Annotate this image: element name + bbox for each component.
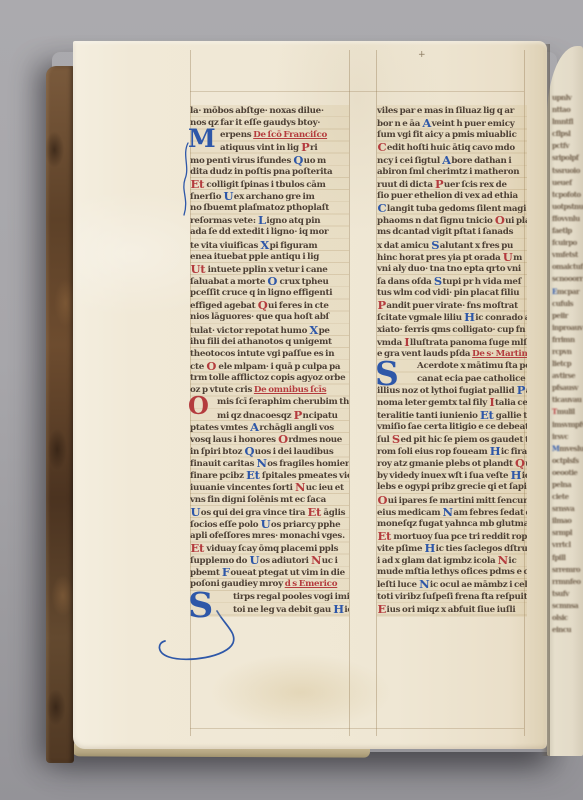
colored-capital: U bbox=[190, 506, 201, 518]
text-run: roy atz gmanie plebs ot plandt bbox=[377, 459, 515, 469]
text-line: ſcitate vgmale liliu Hic conrado an bbox=[377, 311, 527, 323]
text-run: mi qz dnacoesqz bbox=[217, 411, 293, 421]
colored-capital: P bbox=[434, 178, 443, 190]
text-run: am febres ſedat de bbox=[453, 508, 527, 518]
edge-text-row: scmnsa bbox=[552, 600, 582, 612]
text-run: uo m bbox=[304, 156, 326, 166]
text-run: teralitie tanti iunienio bbox=[377, 411, 479, 421]
text-run: ſupplemo do bbox=[190, 556, 249, 566]
colored-capital: N bbox=[294, 481, 305, 493]
text-line: ptates vmtes Archāgli angli vos bbox=[190, 421, 349, 433]
text-line: mi qz dnacoesqz Pncipatu bbox=[190, 409, 349, 421]
ruling-line-horizontal bbox=[190, 91, 524, 92]
text-run: veint h puer emicy bbox=[432, 119, 515, 129]
edge-text-row: octplsfs bbox=[552, 455, 582, 467]
text-run: ſul bbox=[377, 435, 391, 445]
text-run: uer ſcis rex de bbox=[444, 180, 507, 190]
text-run: mude mſtia lethys ofices pdms e ce bbox=[377, 567, 527, 577]
text-line: tulat· victor repotat humo Xpe bbox=[190, 324, 349, 336]
text-line: noma leter gemtx tal fily Italia cel bbox=[377, 396, 527, 408]
text-run: hinc horat pres yia pt orada bbox=[377, 253, 502, 263]
text-line: mo penti virus ifundes Quo m bbox=[190, 154, 349, 166]
edge-text-row: sripolpf bbox=[552, 152, 582, 164]
illuminated-initial-S: S bbox=[188, 588, 213, 623]
text-run: ui feres in cte bbox=[268, 301, 329, 311]
text-run: colligit ſpinas i tbulos cām bbox=[205, 180, 326, 190]
text-run: vni aly duo· tna tno epta qrto vni bbox=[377, 264, 521, 274]
edge-text-row: srmpl bbox=[552, 527, 582, 539]
text-line: moneſqz fugat yahnca mb glutmat bbox=[377, 518, 527, 530]
text-line: Et viduay ſcay ōmq placemi ppls bbox=[190, 542, 349, 554]
colored-capital: Q bbox=[257, 299, 268, 311]
text-line: ſul Sed pit hic ſe piem os gaudet tu bbox=[377, 433, 527, 445]
colored-capital: S bbox=[431, 239, 440, 251]
text-run: apli ofeſſores mres· monachi vges. bbox=[190, 531, 345, 541]
rubric: De s· Martino bbox=[472, 349, 527, 359]
text-run: vosq laus i honores bbox=[190, 435, 278, 445]
text-run: uos i dei laudibus bbox=[255, 447, 334, 457]
text-run: viles par e mas in ſiluaz lig q ar bbox=[377, 106, 514, 116]
text-run: theotocos intute vgi paſſue es in bbox=[190, 349, 334, 359]
edge-text-row: scnooorr bbox=[552, 273, 582, 285]
text-line: ſio puer ethelion di vex ad ethia bbox=[377, 190, 527, 202]
text-run: ms dcantad vigit pſtat i ſanads bbox=[377, 227, 513, 237]
text-run: ed pit hic ſe piem os gaudet tu bbox=[400, 435, 527, 445]
text-line: Ut intuete pplin x vetur i cane bbox=[190, 263, 349, 275]
edge-text-row: fcuirpo bbox=[552, 237, 582, 249]
text-line: by videdy inuex wſt i ſua veſte Hic ce bbox=[377, 469, 527, 481]
text-line: ſa dans oſda Stupi pr h vida meſ bbox=[377, 275, 527, 287]
colored-capital: Ut bbox=[190, 263, 206, 275]
text-run: toi ne leg va debit gau bbox=[233, 605, 333, 615]
colored-capital: A bbox=[442, 154, 452, 166]
text-run: ptates vmtes bbox=[190, 423, 250, 433]
text-run: bor n e āa bbox=[377, 119, 422, 129]
text-run: ic conrado an bbox=[475, 313, 527, 323]
colored-capital: O bbox=[377, 494, 388, 506]
margin-cross-mark: + bbox=[418, 50, 426, 60]
text-line: la· mōbos abſtge· noxas dilue· bbox=[190, 105, 349, 117]
text-run: effiged agebat bbox=[190, 301, 257, 311]
text-run: finare pcibz bbox=[190, 471, 246, 481]
colored-capital: Et bbox=[190, 542, 205, 554]
text-run: crux tpheu bbox=[278, 277, 329, 287]
text-line: hinc horat pres yia pt orada Um bbox=[377, 251, 527, 263]
text-run: mortuoy ſua pce tri reddit ropa bbox=[392, 532, 527, 542]
edge-text-row: frrimn bbox=[552, 334, 582, 346]
colored-capital: Et bbox=[377, 530, 392, 542]
edge-text-row: inproauv bbox=[552, 322, 582, 334]
colored-capital: U bbox=[223, 190, 234, 202]
edge-text-row: tssruoio bbox=[552, 165, 582, 177]
illuminated-initial-M: M bbox=[188, 126, 216, 151]
text-run: ruut di dicta bbox=[377, 180, 434, 190]
text-line: vmda Illuſtrata panoma ſuge mlſt bbox=[377, 336, 527, 348]
text-run: rchāgli angli vos bbox=[259, 423, 334, 433]
text-run: ſio puer ethelion di vex ad ethia bbox=[377, 191, 518, 201]
colored-capital: Q bbox=[244, 445, 255, 457]
text-run: in ſpiri btoz bbox=[190, 447, 244, 457]
ruling-line-vertical bbox=[349, 50, 350, 736]
edge-text-row: peiir bbox=[552, 310, 582, 322]
colored-capital: P bbox=[301, 141, 310, 153]
colored-capital: P bbox=[377, 299, 386, 311]
text-run: rom ſoli eius rop foueam bbox=[377, 447, 489, 457]
text-run: ui bbox=[525, 459, 527, 469]
colored-capital: O bbox=[267, 275, 278, 287]
text-line: toi ne leg va debit gau Hic bbox=[190, 603, 349, 615]
text-column-left: la· mōbos abſtge· noxas dilue·nos qz far… bbox=[190, 105, 349, 617]
text-run: reſormas vete: bbox=[190, 216, 258, 226]
text-run: os fragiles homier bbox=[267, 459, 349, 469]
edge-text-row: ciete bbox=[552, 491, 582, 503]
edge-text-row: cflpsl bbox=[552, 128, 582, 140]
text-line: tus wlm cod vidi· pin placat filiu bbox=[377, 287, 527, 299]
text-line: ncy i cei ſigtul Abore dathan i bbox=[377, 154, 527, 166]
text-line: toti viribz ſuſpeſi frena fta reſpuit bbox=[377, 591, 527, 603]
colored-capital: Et bbox=[246, 469, 261, 481]
colored-capital: H bbox=[464, 311, 476, 323]
text-run: phaoms n dat ſignu tnicio bbox=[377, 216, 494, 226]
text-run: mo penti virus ifundes bbox=[190, 156, 293, 166]
text-line: ſaluabat a morte O crux tpheu bbox=[190, 275, 349, 287]
next-page-fore-edge: upnlvnttaolmntflcflpslpctfvsripolpftssru… bbox=[547, 46, 583, 756]
colored-capital: X bbox=[260, 239, 270, 251]
photo-background: upnlvnttaolmntflcflpslpctfvsripolpftssru… bbox=[0, 0, 583, 800]
colored-capital: N bbox=[310, 554, 321, 566]
edge-text-row: tsufv bbox=[552, 588, 582, 600]
text-line: ruut di dicta Puer ſcis rex de bbox=[377, 178, 527, 190]
text-run: tupi pr h vida meſ bbox=[442, 277, 521, 287]
text-line: pceſſit cruce q in ligno effigenti bbox=[190, 287, 349, 299]
text-run: by videdy inuex wſt i ſua veſte bbox=[377, 471, 510, 481]
colored-capital: I bbox=[404, 336, 410, 348]
edge-text-row: pfsausv bbox=[552, 382, 582, 394]
text-run: moneſqz fugat yahnca mb glutmat bbox=[377, 519, 527, 529]
text-run: la· mōbos abſtge· noxas dilue· bbox=[190, 106, 324, 116]
edge-text-row: vmfetst bbox=[552, 249, 582, 261]
edge-text-row: pelna bbox=[552, 479, 582, 491]
text-run: ſa dans oſda bbox=[377, 277, 433, 287]
text-run: ui pla bbox=[505, 216, 527, 226]
text-run: lebs e ogypi pribz grecie qi et ſapienbz bbox=[377, 482, 527, 492]
edge-text-row: Emcpar bbox=[552, 286, 582, 298]
colored-capital: C bbox=[377, 141, 387, 153]
text-run: vmda bbox=[377, 338, 404, 348]
text-line: Eius ori miqz x abfuit ſiue iuſli bbox=[377, 603, 527, 615]
text-line: viles par e mas in ſiluaz lig q ar bbox=[377, 105, 527, 117]
text-line: ſum vgi fit aicy a pmis miuablic bbox=[377, 129, 527, 141]
text-run: nios lāguores· que qua hoſt abſ bbox=[190, 312, 329, 322]
text-run: ada ſe dd extedit i ligno· iq mor bbox=[190, 227, 328, 237]
text-run: tulat· victor repotat humo bbox=[190, 326, 309, 336]
text-run: alutant x fres pu bbox=[440, 241, 513, 251]
text-run: atiquus vint in lig bbox=[220, 143, 301, 153]
text-run: ſcitate vgmale liliu bbox=[377, 313, 464, 323]
text-line: vite pſime Hic ties ſaclegos dſtrux bbox=[377, 542, 527, 554]
text-line: abiron ſml cherimtz i matheron bbox=[377, 166, 527, 178]
text-line: vmiſio ſae certa litigio e ce debeat pre bbox=[377, 421, 527, 433]
colored-capital: H bbox=[489, 445, 501, 457]
text-run: os priarcy pphe bbox=[271, 520, 340, 530]
text-line: ms dcantad vigit pſtat i ſanads bbox=[377, 226, 527, 238]
text-run: erpens bbox=[220, 130, 253, 140]
text-line: enea ituebat pple antiqu i lig bbox=[190, 251, 349, 263]
colored-capital: N bbox=[256, 457, 267, 469]
text-run: andit puer virate· fns moſtrat bbox=[386, 301, 517, 311]
text-line: Et mortuoy ſua pce tri reddit ropa bbox=[377, 530, 527, 542]
colored-capital: N bbox=[497, 554, 508, 566]
text-run: ic bbox=[344, 605, 349, 615]
text-line: rom ſoli eius rop foueam Hic firam bbox=[377, 445, 527, 457]
text-run: noma leter gemtx tal fily bbox=[377, 398, 489, 408]
text-line: pbemt Foueat ptegat ut vim in die bbox=[190, 566, 349, 578]
text-run: ſnerſio bbox=[190, 192, 223, 202]
text-run: ſocios eſſe polo bbox=[190, 520, 260, 530]
text-line: eius medicam Nam febres ſedat de bbox=[377, 506, 527, 518]
text-run: te vita viuificas bbox=[190, 241, 260, 251]
edge-text-row: lietcp bbox=[552, 358, 582, 370]
text-run: vmiſio ſae certa litigio e ce debeat pre bbox=[377, 422, 527, 432]
text-run: ic ties ſaclegos dſtrux bbox=[436, 544, 527, 554]
text-line: ſnerſio Uex archano gre im bbox=[190, 190, 349, 202]
text-run: lluſtrata panoma ſuge mlſt bbox=[410, 338, 527, 348]
text-line: oz p vtute cris De omnibus ſcīs bbox=[190, 384, 349, 396]
text-line: reſormas vete: Ligno atq pin bbox=[190, 214, 349, 226]
edge-text-row: imsvmpfv bbox=[552, 419, 582, 431]
text-line: Uos qui dei gra vince tira Et āglis bbox=[190, 506, 349, 518]
text-line: Oui ipares ſe martini mitt ſencur atz bbox=[377, 494, 527, 506]
text-line: no ſbuemt plaſmatoz pthoplaſt bbox=[190, 202, 349, 214]
text-line: illius noz ot lythoi fugiat pallid Pa bbox=[377, 384, 527, 396]
text-run: ncy i cei ſigtul bbox=[377, 156, 442, 166]
text-line: ada ſe dd extedit i ligno· iq mor bbox=[190, 226, 349, 238]
text-run: leſti luce bbox=[377, 580, 419, 590]
text-run: no ſbuemt plaſmatoz pthoplaſt bbox=[190, 203, 329, 213]
text-run: oueat ptegat ut vim in die bbox=[230, 568, 345, 578]
edge-text-row: irsvc bbox=[552, 431, 582, 443]
edge-text-row: omaictuf bbox=[552, 261, 582, 273]
text-run: vite pſime bbox=[377, 544, 424, 554]
edge-text-row: oeootie bbox=[552, 467, 582, 479]
next-page-text-blur: upnlvnttaolmntflcflpslpctfvsripolpftssru… bbox=[552, 92, 582, 636]
text-run: canat ecia pae catholice bbox=[417, 374, 527, 384]
text-run: tus wlm cod vidi· pin placat filiu bbox=[377, 288, 519, 298]
text-line: leſti luce Nic ocul ae māmbz i celu ae bbox=[377, 578, 527, 590]
colored-capital: A bbox=[250, 421, 260, 433]
text-run: igno atq pin bbox=[266, 216, 320, 226]
edge-text-row: Tmulil bbox=[552, 406, 582, 418]
text-line: mis ſcī ſeraphim cherubim th bbox=[190, 396, 349, 408]
text-run: tirps regal pooles vogi imita bbox=[233, 592, 349, 602]
text-run: viduay ſcay ōmq placemi ppls bbox=[205, 544, 339, 554]
edge-text-row: upnlv bbox=[552, 92, 582, 104]
text-run: ſpitales pmeates vio bbox=[260, 471, 349, 481]
text-run: os adiutori bbox=[260, 556, 311, 566]
colored-capital: F bbox=[221, 566, 230, 578]
colored-capital: O bbox=[494, 214, 505, 226]
text-run: ri bbox=[310, 143, 317, 153]
colored-capital: H bbox=[333, 603, 345, 615]
text-run: xiato· ferris qms colligato· cup fn bbox=[377, 325, 525, 335]
text-run: i ad x glam dat igmbz icola bbox=[377, 556, 497, 566]
text-run: ic firam bbox=[501, 447, 527, 457]
edge-text-row: avtirse bbox=[552, 370, 582, 382]
edge-text-row: ueuef bbox=[552, 177, 582, 189]
text-run: gallie tna bbox=[494, 411, 527, 421]
illuminated-initial-O: O bbox=[188, 394, 209, 418]
text-line: tirps regal pooles vogi imita bbox=[190, 591, 349, 603]
text-run: ic ocul ae māmbz i celu ae bbox=[430, 580, 527, 590]
rubric: d s Emerico bbox=[285, 579, 338, 589]
edge-text-row: olsic bbox=[552, 612, 582, 624]
text-line: phaoms n dat ſignu tnicio Oui pla bbox=[377, 214, 527, 226]
text-column-right: viles par e mas in ſiluaz lig q arbor n … bbox=[377, 105, 527, 617]
colored-capital: S bbox=[433, 275, 442, 287]
text-line: iuuanie vincentes ſorti Nuc ieu et bbox=[190, 481, 349, 493]
colored-capital: P bbox=[293, 409, 302, 421]
text-line: effiged agebat Qui feres in cte bbox=[190, 299, 349, 311]
text-run: abiron ſml cherimtz i matheron bbox=[377, 167, 519, 177]
text-line: x dat amicu Salutant x fres pu bbox=[377, 239, 527, 251]
edge-text-row: Mmveslu bbox=[552, 443, 582, 455]
colored-capital: U bbox=[260, 518, 271, 530]
text-line: ihu fili dei athanotos q unigemt bbox=[190, 336, 349, 348]
text-run: ui ipares ſe martini mitt ſencur atz bbox=[388, 496, 527, 506]
text-line: poſoni gaudiey mroy d s Emerico bbox=[190, 578, 349, 590]
colored-capital: S bbox=[391, 433, 400, 445]
ruling-line-horizontal bbox=[190, 728, 524, 729]
edge-text-row: srnsva bbox=[552, 503, 582, 515]
text-run: Acerdote x mātimu ſta pothe bbox=[417, 361, 527, 371]
text-line: e gra vent lauds pſda De s· Martino bbox=[377, 348, 527, 360]
colored-capital: C bbox=[377, 202, 387, 214]
text-run: talia cel bbox=[495, 398, 527, 408]
text-line: xiato· ferris qms colligato· cup fn bbox=[377, 324, 527, 336]
text-run: āglis bbox=[322, 508, 346, 518]
colored-capital: Et bbox=[479, 409, 494, 421]
edge-text-row: srremro bbox=[552, 564, 582, 576]
edge-text-row: tcpofoto bbox=[552, 189, 582, 201]
text-run: dita dudz in poſtis pna poſterita bbox=[190, 167, 332, 177]
colored-capital: O bbox=[278, 433, 289, 445]
text-line: nios lāguores· que qua hoſt abſ bbox=[190, 311, 349, 323]
text-line: Et colligit ſpinas i tbulos cām bbox=[190, 178, 349, 190]
rubric: De ſcō Franciſco bbox=[253, 130, 327, 140]
text-line: Clangit tuba gedoms ſilent magi bbox=[377, 202, 527, 214]
edge-text-row: nttao bbox=[552, 104, 582, 116]
text-run: pceſſit cruce q in ligno effigenti bbox=[190, 288, 332, 298]
colored-capital: Et bbox=[307, 506, 322, 518]
edge-text-row: uotpstnu bbox=[552, 201, 582, 213]
edge-text-row: faetlp bbox=[552, 225, 582, 237]
text-line: bor n e āa Aveint h puer emicy bbox=[377, 117, 527, 129]
edge-text-row: ticauvau bbox=[552, 394, 582, 406]
colored-capital: Q bbox=[515, 457, 526, 469]
text-run: m bbox=[513, 253, 522, 263]
text-run: ncipatu bbox=[303, 411, 338, 421]
text-run: bore dathan i bbox=[451, 156, 511, 166]
text-line: vosq laus i honores Ordmes noue bbox=[190, 433, 349, 445]
text-line: dita dudz in poſtis pna poſterita bbox=[190, 166, 349, 178]
text-line: roy atz gmanie plebs ot plandt Qui bbox=[377, 457, 527, 469]
text-run: rdmes noue bbox=[288, 435, 342, 445]
colored-capital: U bbox=[249, 554, 260, 566]
text-run: ic bbox=[508, 556, 516, 566]
text-run: x dat amicu bbox=[377, 241, 431, 251]
text-line: Pandit puer virate· fns moſtrat bbox=[377, 299, 527, 311]
text-run: os qui dei gra vince tira bbox=[201, 508, 307, 518]
colored-capital: L bbox=[258, 214, 267, 226]
text-line: teralitie tanti iunienio Et gallie tna bbox=[377, 409, 527, 421]
text-line: theotocos intute vgi paſſue es in bbox=[190, 348, 349, 360]
edge-text-row: pctfv bbox=[552, 140, 582, 152]
edge-text-row: eincu bbox=[552, 624, 582, 636]
colored-capital: A bbox=[422, 117, 432, 129]
text-run: ius ori miqz x abfuit ſiue iuſli bbox=[387, 605, 516, 615]
colored-capital: E bbox=[377, 603, 387, 615]
text-run: pe bbox=[319, 326, 330, 336]
text-run: uc i bbox=[322, 556, 338, 566]
text-run: vns fin digni ſolēnis mt ec ſaca bbox=[190, 495, 326, 505]
text-line: Acerdote x mātimu ſta pothe bbox=[377, 360, 527, 372]
text-line: finare pcibz Et ſpitales pmeates vio bbox=[190, 469, 349, 481]
text-run: toti viribz ſuſpeſi frena fta reſpuit bbox=[377, 592, 527, 602]
edge-text-row: ffovvnlu bbox=[552, 213, 582, 225]
colored-capital: N bbox=[419, 578, 430, 590]
text-line: in ſpiri btoz Quos i dei laudibus bbox=[190, 445, 349, 457]
text-line: cte O ele mlpam· i quā p culpa pa bbox=[190, 360, 349, 372]
edge-text-row: rcpvn bbox=[552, 346, 582, 358]
colored-capital: H bbox=[424, 542, 436, 554]
text-run: finauit caritas bbox=[190, 459, 256, 469]
colored-capital: X bbox=[309, 324, 319, 336]
text-run: eius medicam bbox=[377, 508, 442, 518]
text-line: apli ofeſſores mres· monachi vges. bbox=[190, 530, 349, 542]
colored-capital: Q bbox=[293, 154, 304, 166]
text-line: te vita viuificas Xpi figuram bbox=[190, 239, 349, 251]
colored-capital: I bbox=[489, 396, 495, 408]
colored-capital: Et bbox=[190, 178, 205, 190]
text-run: ele mlpam· i quā p culpa pa bbox=[217, 362, 341, 372]
illuminated-initial-S: S bbox=[375, 357, 399, 390]
colored-capital: U bbox=[502, 251, 513, 263]
text-run: ſaluabat a morte bbox=[190, 277, 267, 287]
text-line: canat ecia pae catholice Atqi bbox=[377, 372, 527, 384]
text-line: lebs e ogypi pribz grecie qi et ſapienbz bbox=[377, 481, 527, 493]
text-run: ex archano gre im bbox=[234, 192, 315, 202]
text-line: finauit caritas Nos fragiles homier bbox=[190, 457, 349, 469]
edge-text-row: rrmnfeo bbox=[552, 576, 582, 588]
text-run: trm tolle afflictoz copis agyoz orbe bbox=[190, 373, 345, 383]
text-line: vns fin digni ſolēnis mt ec ſaca bbox=[190, 494, 349, 506]
text-run: edit hoſti huic ātiq cavo mdo bbox=[387, 143, 515, 153]
manuscript-page: + la· mōbos abſtge· noxas dilue·nos qz f… bbox=[73, 41, 547, 749]
rubric: De omnibus ſcīs bbox=[254, 385, 326, 395]
text-run: ihu fili dei athanotos q unigemt bbox=[190, 337, 332, 347]
edge-text-row: lmntfl bbox=[552, 116, 582, 128]
colored-capital: P bbox=[516, 384, 525, 396]
edge-text-row: fpill bbox=[552, 552, 582, 564]
text-line: i ad x glam dat igmbz icola Nic bbox=[377, 554, 527, 566]
colored-capital: H bbox=[510, 469, 522, 481]
text-line: trm tolle afflictoz copis agyoz orbe bbox=[190, 372, 349, 384]
colored-capital: O bbox=[206, 360, 217, 372]
edge-text-row: ilmao bbox=[552, 515, 582, 527]
text-line: ſupplemo do Uos adiutori Nuc i bbox=[190, 554, 349, 566]
text-run: iuuanie vincentes ſorti bbox=[190, 483, 294, 493]
edge-text-row: vrrtcl bbox=[552, 539, 582, 551]
